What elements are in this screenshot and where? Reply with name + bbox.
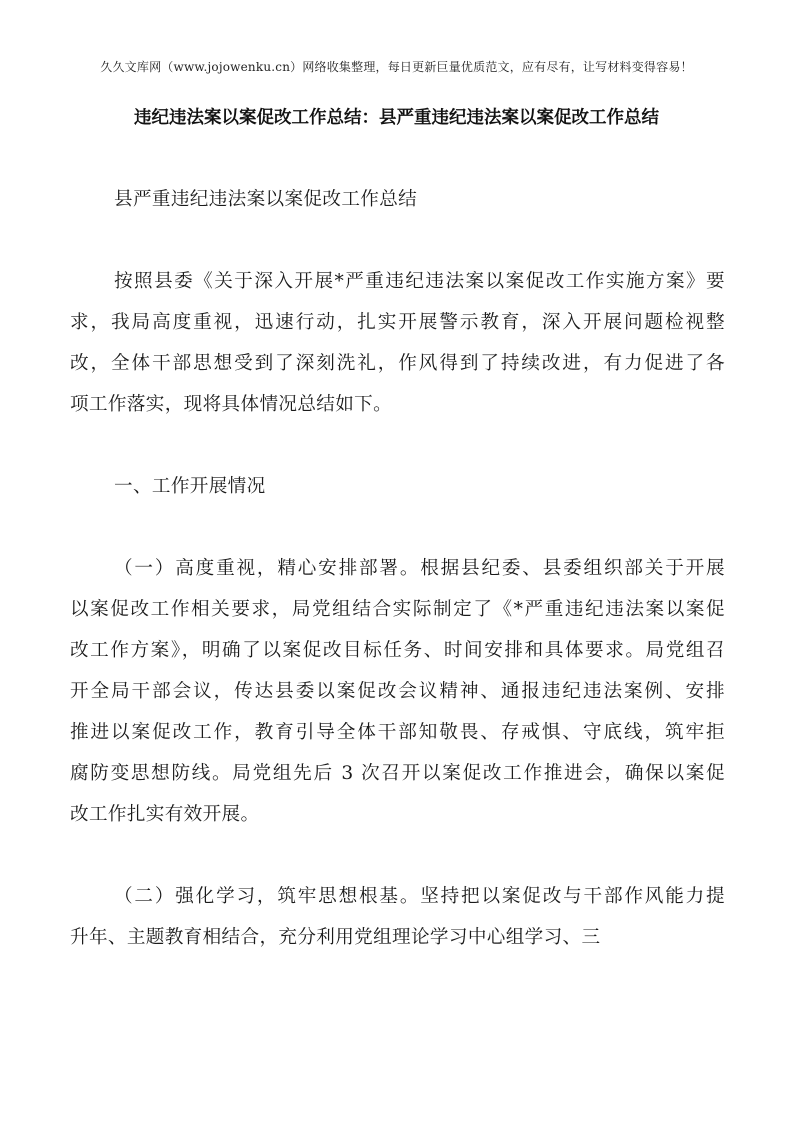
header-banner: 久久文库网（www.jojowenku.cn）网络收集整理，每日更新巨量优质范文… xyxy=(0,58,793,75)
subsection-1-line: 腐防变思想防线。局党组先后 3 次召开以案促改工作推进会，确保以案促 xyxy=(70,762,725,786)
document-subtitle: 县严重违纪违法案以案促改工作总结 xyxy=(114,188,725,212)
subsection-1-line: 开全局干部会议，传达县委以案促改会议精神、通报违纪违法案例、安排 xyxy=(70,680,725,704)
intro-paragraph-line: 按照县委《关于深入开展*严重违纪违法案以案促改工作实施方案》要 xyxy=(114,270,725,294)
intro-paragraph-line: 项工作落实，现将具体情况总结如下。 xyxy=(70,393,725,417)
subsection-2-line: （二）强化学习，筑牢思想根基。坚持把以案促改与干部作风能力提 xyxy=(114,885,725,909)
subsection-1-line: 推进以案促改工作，教育引导全体干部知敬畏、存戒惧、守底线，筑牢拒 xyxy=(70,721,725,745)
subsection-1-line: 改工作扎实有效开展。 xyxy=(70,803,725,827)
subsection-2-line: 升年、主题教育相结合，充分利用党组理论学习中心组学习、三 xyxy=(70,926,725,950)
section-heading: 一、工作开展情况 xyxy=(114,475,725,499)
subsection-1-line: 以案促改工作相关要求，局党组结合实际制定了《*严重违纪违法案以案促 xyxy=(70,598,725,622)
document-title: 违纪违法案以案促改工作总结：县严重违纪违法案以案促改工作总结 xyxy=(0,104,793,129)
subsection-1-line: （一）高度重视，精心安排部署。根据县纪委、县委组织部关于开展 xyxy=(114,557,725,581)
intro-paragraph-line: 改，全体干部思想受到了深刻洗礼，作风得到了持续改进，有力促进了各 xyxy=(70,352,725,376)
intro-paragraph-line: 求，我局高度重视，迅速行动，扎实开展警示教育，深入开展问题检视整 xyxy=(70,311,725,335)
subsection-1-line: 改工作方案》，明确了以案促改目标任务、时间安排和具体要求。局党组召 xyxy=(70,639,725,663)
